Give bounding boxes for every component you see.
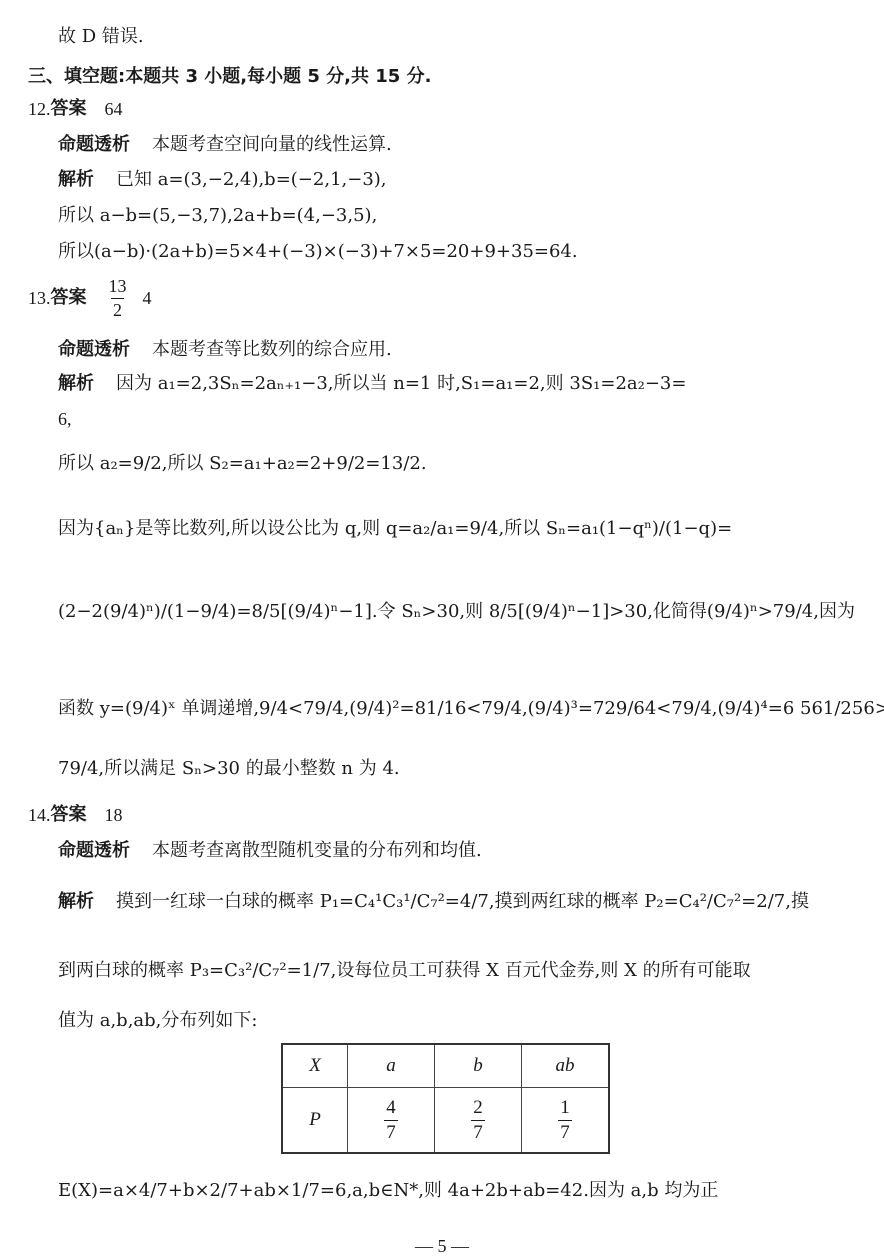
q14-answer-label: 答案	[51, 806, 87, 824]
table-cell-prob-a: 4 7	[348, 1088, 435, 1154]
q13-solution-text-5: 函数 y=(9/4)ˣ 单调递增,9/4<79/4,(9/4)²=81/16<7…	[58, 700, 884, 718]
q13-solution-text-1b: 6,	[58, 410, 72, 428]
q12-solution-text-1: 已知 a=(3,−2,4),b=(−2,1,−3),	[116, 171, 387, 189]
prob-b-fraction: 2 7	[471, 1098, 485, 1143]
q14-answer-value: 18	[105, 806, 123, 824]
prob-ab-fraction: 1 7	[558, 1098, 572, 1143]
q13-solution-text-1: 因为 a₁=2,3Sₙ=2aₙ₊₁−3,所以当 n=1 时,S₁=a₁=2,则 …	[116, 375, 686, 393]
q14-solution-line-3: 值为 a,b,ab,分布列如下:	[58, 1012, 257, 1030]
prob-b-den: 7	[471, 1120, 485, 1143]
q14-solution-line-1: 解析 摸到一红球一白球的概率 P₁=C₄¹C₃¹/C₇²=4/7,摸到两红球的概…	[58, 893, 809, 911]
q14-solution-text-4: E(X)=a×4/7+b×2/7+ab×1/7=6,a,b∈N*,则 4a+2b…	[58, 1182, 718, 1200]
table-cell-p-label: P	[282, 1088, 348, 1154]
q13-solution-label: 解析	[58, 375, 94, 393]
q14-intent: 命题透析 本题考查离散型随机变量的分布列和均值.	[58, 842, 482, 860]
q13-intent-label: 命题透析	[58, 341, 130, 359]
prob-a-num: 4	[384, 1098, 398, 1120]
q13-solution-line-4: (2−2(9/4)ⁿ)/(1−9/4)=8/5[(9/4)ⁿ−1].令 Sₙ>3…	[58, 603, 855, 621]
section-heading-text: 三、填空题:本题共 3 小题,每小题 5 分,共 15 分.	[28, 68, 431, 86]
q14-intent-label: 命题透析	[58, 842, 130, 860]
q14-solution-text-3: 值为 a,b,ab,分布列如下:	[58, 1012, 257, 1030]
q14-solution-line-4: E(X)=a×4/7+b×2/7+ab×1/7=6,a,b∈N*,则 4a+2b…	[58, 1182, 718, 1200]
q13-solution-text-6: 79/4,所以满足 Sₙ>30 的最小整数 n 为 4.	[58, 760, 400, 778]
page-number: — 5 —	[0, 1236, 884, 1257]
q12-solution-line-3: 所以(a−b)·(2a+b)=5×4+(−3)×(−3)+7×5=20+9+35…	[58, 243, 578, 261]
table-cell-ab: ab	[522, 1044, 610, 1088]
q12-solution-line-1: 解析 已知 a=(3,−2,4),b=(−2,1,−3),	[58, 171, 387, 189]
q13-answer-denominator: 2	[111, 298, 124, 320]
prob-ab-num: 1	[558, 1098, 572, 1120]
distribution-probability-row: P 4 7 2 7 1 7	[282, 1088, 609, 1154]
previous-conclusion: 故 D 错误.	[58, 28, 144, 46]
table-cell-a: a	[348, 1044, 435, 1088]
q12-answer-label: 答案	[51, 100, 87, 118]
q13-solution-line-5: 函数 y=(9/4)ˣ 单调递增,9/4<79/4,(9/4)²=81/16<7…	[58, 700, 884, 718]
q14-number: 14.	[28, 806, 51, 824]
q14-solution-line-2: 到两白球的概率 P₃=C₃²/C₇²=1/7,设每位员工可获得 X 百元代金券,…	[58, 962, 751, 980]
q12-intent-text: 本题考查空间向量的线性运算.	[152, 136, 392, 154]
q12-solution-line-2: 所以 a−b=(5,−3,7),2a+b=(4,−3,5),	[58, 207, 377, 225]
table-cell-prob-ab: 1 7	[522, 1088, 610, 1154]
q12-intent-label: 命题透析	[58, 136, 130, 154]
prob-b-num: 2	[471, 1098, 485, 1120]
prob-ab-den: 7	[558, 1120, 572, 1143]
q13-solution-text-4: (2−2(9/4)ⁿ)/(1−9/4)=8/5[(9/4)ⁿ−1].令 Sₙ>3…	[58, 603, 855, 621]
q13-answer-fraction: 13 2	[107, 277, 129, 320]
prob-a-den: 7	[384, 1120, 398, 1143]
q13-number: 13.	[28, 289, 51, 307]
q13-solution-line-1b: 6,	[58, 410, 72, 428]
q12-solution-label: 解析	[58, 171, 94, 189]
q13-solution-text-2: 所以 a₂=9/2,所以 S₂=a₁+a₂=2+9/2=13/2.	[58, 455, 427, 473]
q14-intent-text: 本题考查离散型随机变量的分布列和均值.	[152, 842, 482, 860]
q14-solution-text-2: 到两白球的概率 P₃=C₃²/C₇²=1/7,设每位员工可获得 X 百元代金券,…	[58, 962, 751, 980]
q12-answer-line: 12. 答案 64	[28, 100, 123, 118]
q12-number: 12.	[28, 100, 51, 118]
q14-solution-text-1: 摸到一红球一白球的概率 P₁=C₄¹C₃¹/C₇²=4/7,摸到两红球的概率 P…	[116, 893, 809, 911]
q13-solution-line-3: 因为{aₙ}是等比数列,所以设公比为 q,则 q=a₂/a₁=9/4,所以 Sₙ…	[58, 520, 732, 538]
q13-intent: 命题透析 本题考查等比数列的综合应用.	[58, 341, 392, 359]
q12-solution-text-3: 所以(a−b)·(2a+b)=5×4+(−3)×(−3)+7×5=20+9+35…	[58, 243, 578, 261]
q13-solution-line-6: 79/4,所以满足 Sₙ>30 的最小整数 n 为 4.	[58, 760, 400, 778]
distribution-table: X a b ab P 4 7 2 7 1 7	[281, 1043, 610, 1154]
q13-answer-line: 13. 答案 13 2 4	[28, 277, 152, 320]
table-cell-x-label: X	[282, 1044, 348, 1088]
q13-solution-line-2: 所以 a₂=9/2,所以 S₂=a₁+a₂=2+9/2=13/2.	[58, 455, 427, 473]
prob-a-fraction: 4 7	[384, 1098, 398, 1143]
section-heading: 三、填空题:本题共 3 小题,每小题 5 分,共 15 分.	[28, 68, 431, 86]
q12-solution-text-2: 所以 a−b=(5,−3,7),2a+b=(4,−3,5),	[58, 207, 377, 225]
q12-intent: 命题透析 本题考查空间向量的线性运算.	[58, 136, 392, 154]
distribution-header-row: X a b ab	[282, 1044, 609, 1088]
q13-answer-numerator: 13	[107, 277, 129, 298]
table-cell-b: b	[435, 1044, 522, 1088]
q14-solution-label: 解析	[58, 893, 94, 911]
q13-answer-extra: 4	[143, 289, 152, 307]
q13-solution-text-3: 因为{aₙ}是等比数列,所以设公比为 q,则 q=a₂/a₁=9/4,所以 Sₙ…	[58, 520, 732, 538]
q13-solution-line-1: 解析 因为 a₁=2,3Sₙ=2aₙ₊₁−3,所以当 n=1 时,S₁=a₁=2…	[58, 375, 686, 393]
table-cell-prob-b: 2 7	[435, 1088, 522, 1154]
q13-intent-text: 本题考查等比数列的综合应用.	[152, 341, 392, 359]
q14-answer-line: 14. 答案 18	[28, 806, 123, 824]
previous-conclusion-text: 故 D 错误.	[58, 28, 144, 46]
q13-answer-label: 答案	[51, 289, 87, 307]
q12-answer-value: 64	[105, 100, 123, 118]
